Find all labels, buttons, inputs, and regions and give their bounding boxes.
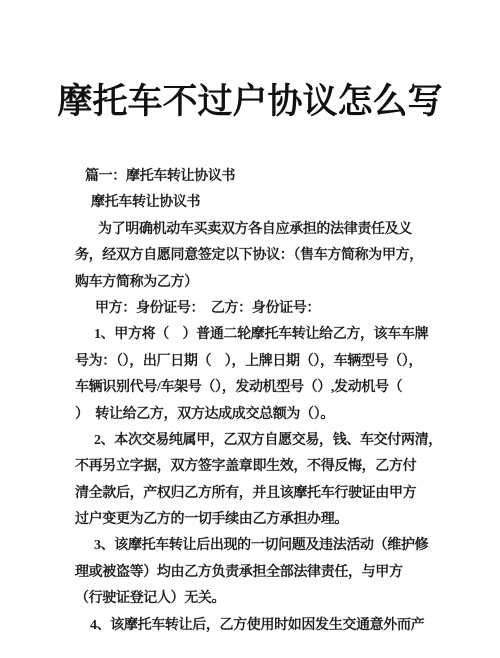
text-line: 购车方简称为乙方） <box>75 270 455 296</box>
text-line: 号为：（），出厂日期（ ），上牌日期（），车辆型号（）， <box>75 349 455 375</box>
text-line: ） 转让给乙方，双方达成成交总额为（）。 <box>75 402 455 428</box>
text-line: 4、该摩托车转让后，乙方使用时如因发生交通意外而产 <box>75 613 455 639</box>
text-line: 3、该摩托车转让后出现的一切问题及违法活动（维护修 <box>75 533 455 559</box>
text-line: 务，经双方自愿同意签定以下协议：（售车方简称为甲方， <box>75 243 455 269</box>
text-line: 篇一：摩托车转让协议书 <box>75 164 455 190</box>
document-body: 篇一：摩托车转让协议书摩托车转让协议书为了明确机动车买卖双方各自应承担的法律责任… <box>75 164 455 639</box>
text-line: 2、本次交易纯属甲，乙双方自愿交易，钱、车交付两清， <box>75 428 455 454</box>
text-line: 不再另立字据，双方签字盖章即生效，不得反悔，乙方付 <box>75 454 455 480</box>
text-line: 过户变更为乙方的一切手续由乙方承担办理。 <box>75 507 455 533</box>
text-line: 为了明确机动车买卖双方各自应承担的法律责任及义 <box>75 217 455 243</box>
document-title: 摩托车不过户协议怎么写 <box>0 78 500 126</box>
text-line: 车辆识别代号/车架号（），发动机型号（）,发动机号（ <box>75 375 455 401</box>
text-line: （行驶证登记人）无关。 <box>75 586 455 612</box>
text-line: 清全款后，产权归乙方所有，并且该摩托车行驶证由甲方 <box>75 481 455 507</box>
text-line: 1、甲方将（ ）普通二轮摩托车转让给乙方，该车车牌 <box>75 322 455 348</box>
text-line: 甲方：身份证号： 乙方：身份证号： <box>75 296 455 322</box>
text-line: 理或被盗等）均由乙方负责承担全部法律责任，与甲方 <box>75 560 455 586</box>
document-page: 摩托车不过户协议怎么写 篇一：摩托车转让协议书摩托车转让协议书为了明确机动车买卖… <box>0 0 500 658</box>
text-line: 摩托车转让协议书 <box>75 190 455 216</box>
